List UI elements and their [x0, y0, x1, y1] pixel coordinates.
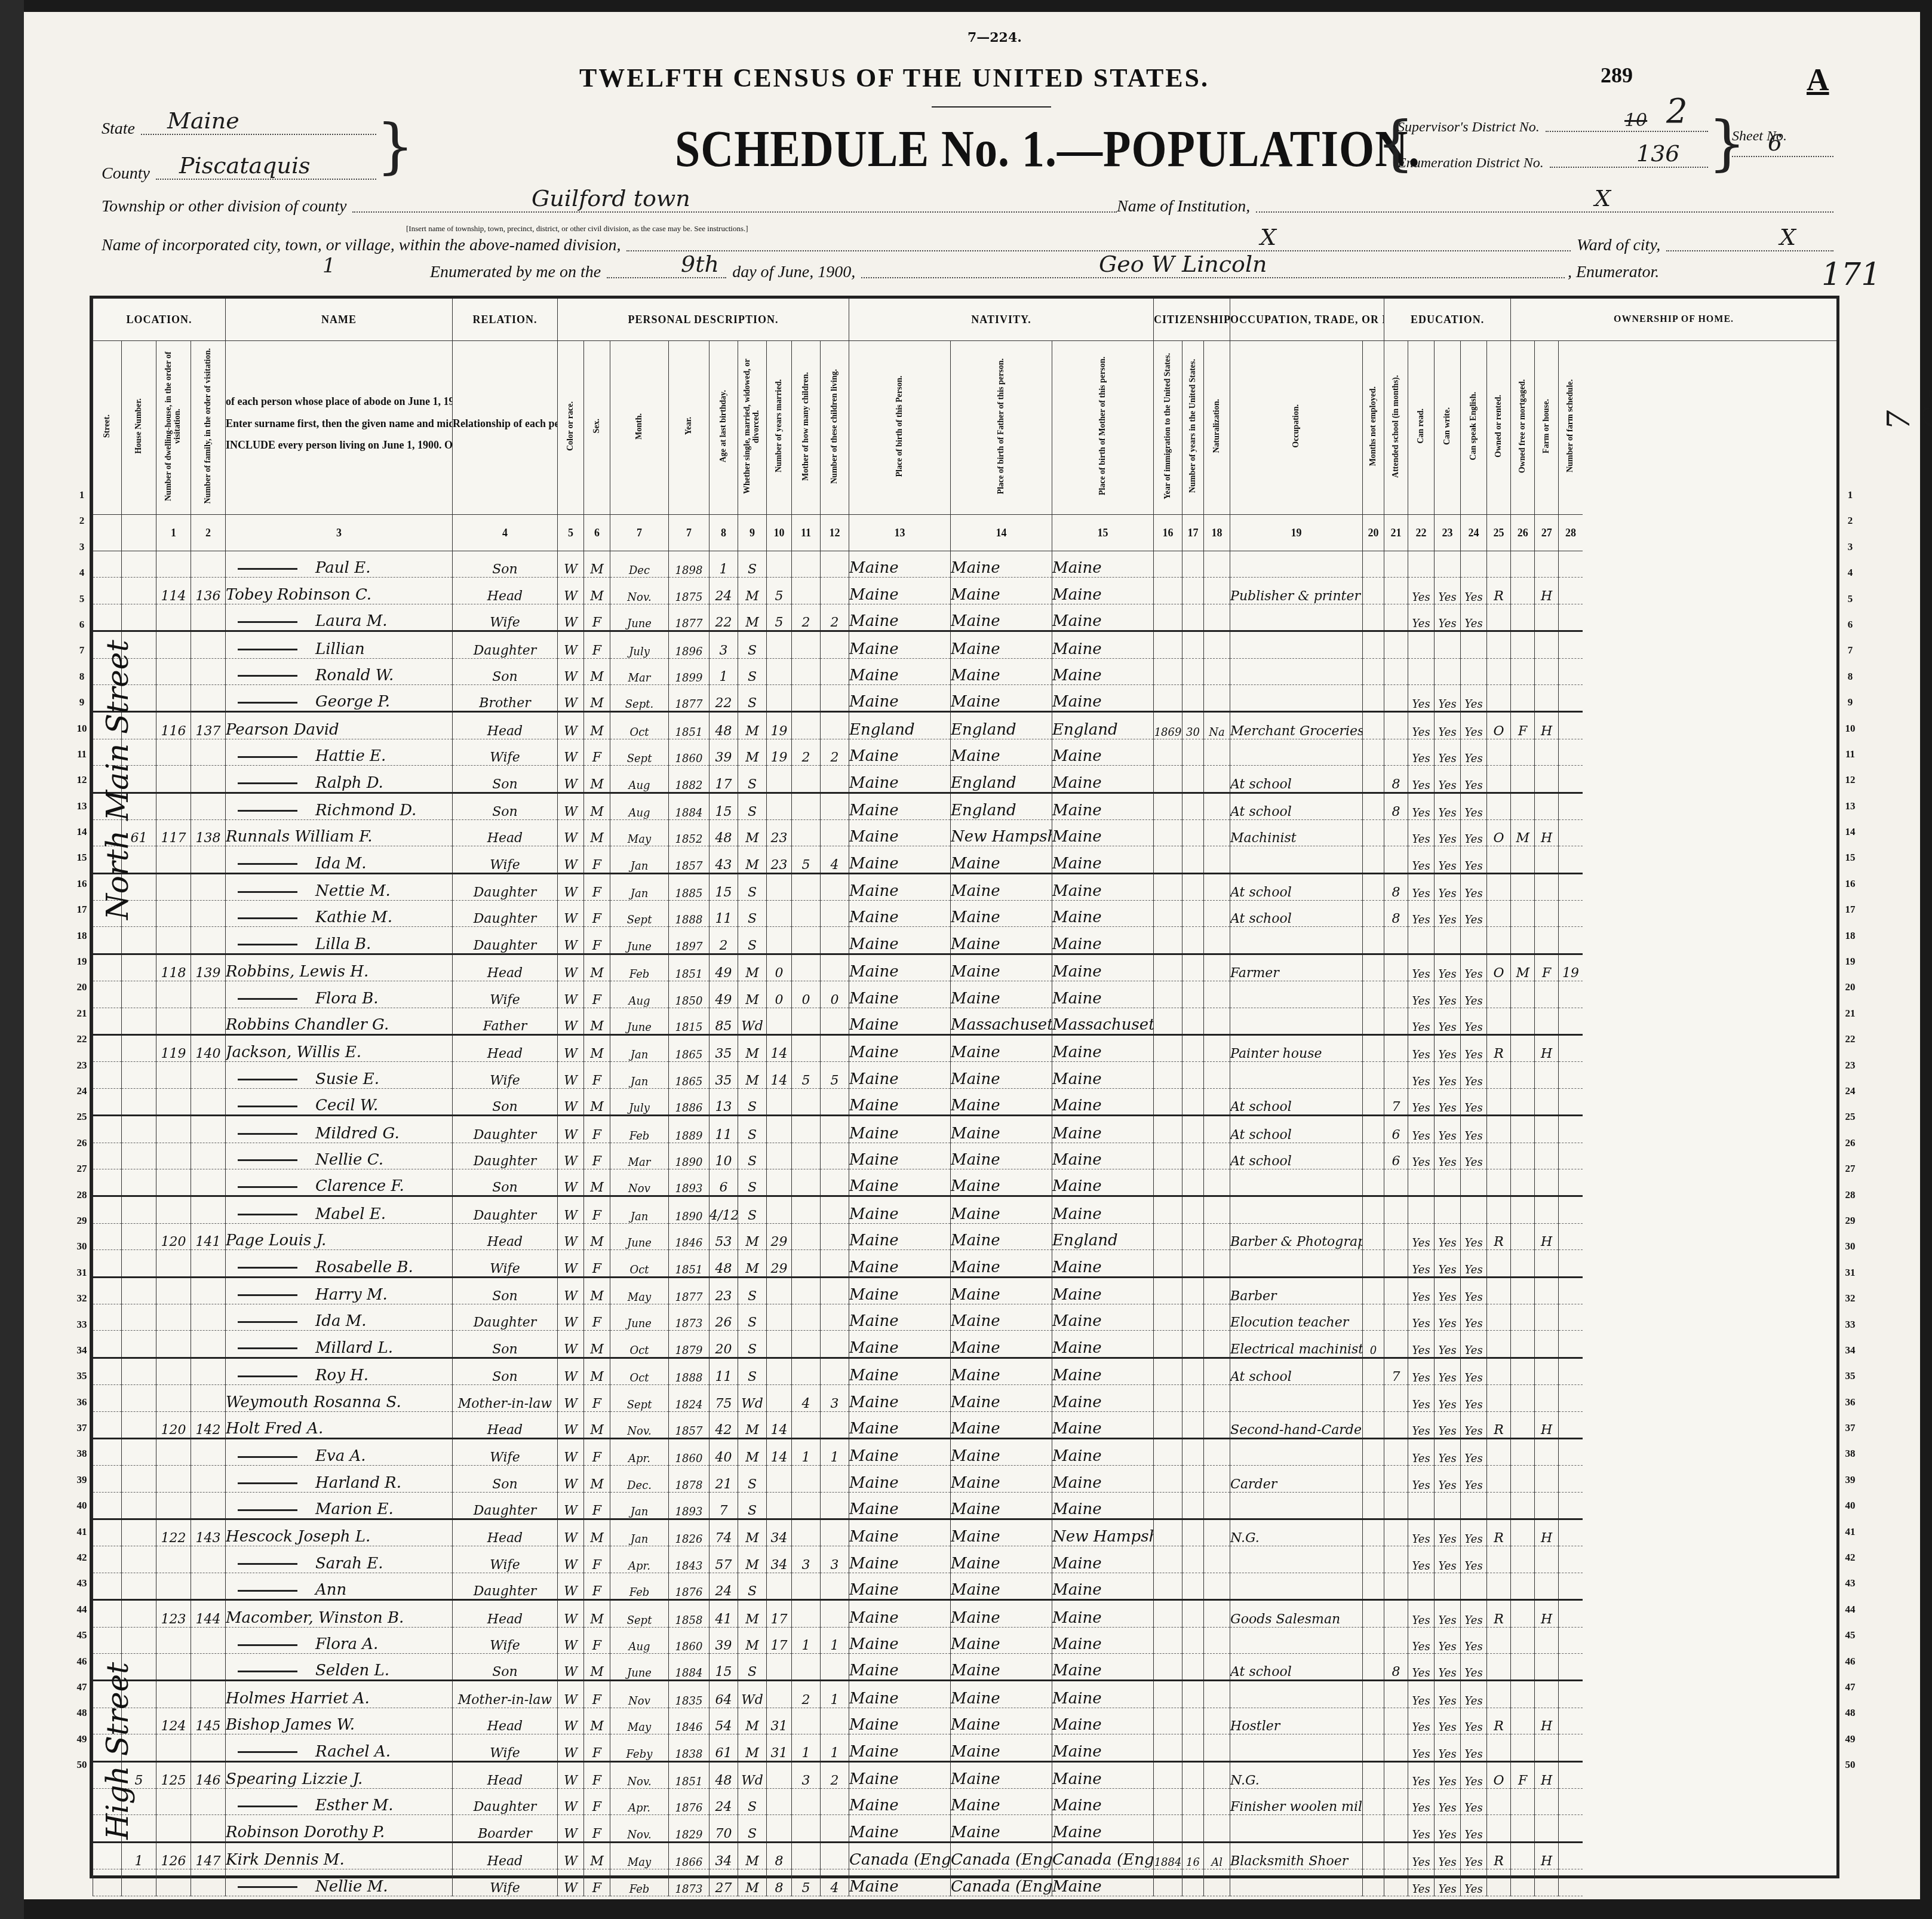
cell-dwelling — [156, 793, 191, 819]
cell-month: May — [610, 1842, 669, 1869]
cell-read: Yes — [1408, 1519, 1435, 1546]
cell-year: 1877 — [669, 684, 709, 711]
cell-marital: M — [738, 846, 767, 873]
cell-month: Dec — [610, 551, 669, 578]
cell-age: 11 — [709, 1116, 738, 1143]
cell-read — [1408, 631, 1435, 658]
cell-children-living — [821, 658, 849, 684]
cell-marital: S — [738, 1116, 767, 1143]
cell-house — [122, 578, 156, 604]
cell-sex: F — [584, 927, 610, 954]
cell-mother-of — [792, 1088, 821, 1115]
cell-birth-mother: Maine — [1052, 1600, 1154, 1627]
cell-sex: M — [584, 1654, 610, 1681]
cell-occupation: At school — [1230, 793, 1363, 819]
population-schedule-table: LOCATION. NAME RELATION. PERSONAL DESCRI… — [90, 296, 1839, 1878]
cell-dwelling — [156, 1143, 191, 1169]
cell-age: 42 — [709, 1411, 738, 1438]
cell-birth-father: Maine — [951, 873, 1052, 900]
cell-birth-father: Canada (Eng) — [951, 1869, 1052, 1896]
line-number: 18 — [73, 923, 91, 948]
cell-children-living: 1 — [821, 1734, 849, 1761]
cell-marital: M — [738, 1519, 767, 1546]
cell-free — [1511, 1492, 1535, 1519]
cell-year: 1897 — [669, 927, 709, 954]
cell-school — [1384, 1035, 1408, 1062]
cell-months-unemp — [1363, 1411, 1384, 1438]
column-label-text: Number of dwelling-house, in the order o… — [164, 343, 183, 510]
cell-free — [1511, 1062, 1535, 1088]
line-number: 38 — [73, 1441, 91, 1466]
cell-farm — [1535, 873, 1559, 900]
cell-age: 64 — [709, 1681, 738, 1708]
cell-read: Yes — [1408, 1358, 1435, 1384]
cell-yrs-us — [1182, 631, 1204, 658]
cell-relation: Head — [453, 954, 558, 981]
cell-immig — [1154, 1385, 1182, 1411]
cell-month: Oct — [610, 1250, 669, 1277]
cell-school — [1384, 631, 1408, 658]
cell-children-living — [821, 873, 849, 900]
cell-read: Yes — [1408, 604, 1435, 631]
line-number: 26 — [73, 1130, 91, 1156]
cell-name: Hattie E. — [226, 739, 453, 765]
cell-family — [191, 1062, 226, 1088]
cell-relation: Son — [453, 793, 558, 819]
cell-birth-father: Maine — [951, 1654, 1052, 1681]
line-number: 12 — [73, 767, 91, 793]
cell-color: W — [558, 739, 584, 765]
cell-sex: M — [584, 684, 610, 711]
cell-free — [1511, 1600, 1535, 1627]
state-field: State Maine — [102, 119, 376, 139]
column-label-text: Farm or house. — [1542, 399, 1551, 453]
cell-immig — [1154, 1600, 1182, 1627]
cell-yrs-married — [767, 551, 792, 578]
column-label: Number of years in the United States. — [1182, 341, 1204, 515]
cell-yrs-us — [1182, 846, 1204, 873]
cell-mother-of — [792, 1169, 821, 1196]
cell-year: 1851 — [669, 712, 709, 739]
cell-natur — [1204, 658, 1230, 684]
cell-farm-sched — [1559, 1466, 1583, 1492]
cell-birth-person: Canada (Eng) — [849, 1842, 951, 1869]
cell-relation: Son — [453, 1654, 558, 1681]
cell-month: June — [610, 1008, 669, 1034]
cell-marital: M — [738, 604, 767, 631]
cell-street — [93, 1008, 122, 1034]
cell-family — [191, 901, 226, 927]
cell-occupation — [1230, 1627, 1363, 1653]
table-row: Richmond D.SonWMAug188415SMaineEnglandMa… — [93, 793, 1837, 819]
cell-immig — [1154, 1008, 1182, 1034]
cell-children-living — [821, 1708, 849, 1734]
column-number: 23 — [1435, 515, 1461, 551]
cell-english: Yes — [1461, 766, 1487, 793]
county-label: County — [102, 164, 150, 183]
cell-immig — [1154, 1411, 1182, 1438]
cell-birth-mother: Maine — [1052, 901, 1154, 927]
cell-write — [1435, 631, 1461, 658]
line-number: 42 — [1838, 1545, 1862, 1570]
cell-english: Yes — [1461, 1358, 1487, 1384]
cell-relation: Head — [453, 819, 558, 846]
cell-age: 70 — [709, 1815, 738, 1842]
cell-mother-of — [792, 1600, 821, 1627]
cell-age: 11 — [709, 1358, 738, 1384]
cell-family — [191, 1331, 226, 1358]
cell-english: Yes — [1461, 1815, 1487, 1842]
cell-farm-sched — [1559, 551, 1583, 578]
cell-months-unemp — [1363, 1385, 1384, 1411]
column-label-text: Number of family, in the order of visita… — [204, 348, 213, 503]
enumeration-label: Enumeration District No. — [1397, 155, 1544, 171]
cell-month: Feb — [610, 1116, 669, 1143]
cell-marital: M — [738, 954, 767, 981]
cell-dwelling — [156, 1681, 191, 1708]
cell-month: Aug — [610, 793, 669, 819]
nativity-header: NATIVITY. — [849, 299, 1154, 341]
cell-free — [1511, 901, 1535, 927]
column-number — [93, 515, 122, 551]
cell-natur — [1204, 1143, 1230, 1169]
cell-free — [1511, 1519, 1535, 1546]
cell-farm — [1535, 1573, 1559, 1599]
cell-yrs-married — [767, 1196, 792, 1223]
cell-street — [93, 1116, 122, 1143]
line-number: 23 — [1838, 1052, 1862, 1078]
cell-read: Yes — [1408, 684, 1435, 711]
cell-sex: F — [584, 604, 610, 631]
cell-dwelling — [156, 927, 191, 954]
cell-month: Mar — [610, 658, 669, 684]
line-number: 45 — [1838, 1622, 1862, 1648]
table-row: 124145Bishop James W.HeadWMMay184654M31M… — [93, 1708, 1837, 1734]
cell-write: Yes — [1435, 1761, 1461, 1788]
cell-sex: M — [584, 954, 610, 981]
cell-occupation — [1230, 739, 1363, 765]
cell-farm-sched — [1559, 1143, 1583, 1169]
cell-marital: Wd — [738, 1761, 767, 1788]
cell-age: 53 — [709, 1223, 738, 1249]
cell-free — [1511, 1466, 1535, 1492]
cell-month: Jan — [610, 1062, 669, 1088]
column-number: 13 — [849, 515, 951, 551]
cell-owned — [1487, 1008, 1511, 1034]
cell-owned — [1487, 1062, 1511, 1088]
cell-age: 24 — [709, 1788, 738, 1814]
cell-farm-sched — [1559, 604, 1583, 631]
cell-occupation — [1230, 981, 1363, 1008]
cell-year: 1893 — [669, 1492, 709, 1519]
cell-farm-sched — [1559, 793, 1583, 819]
line-number: 48 — [73, 1700, 91, 1725]
cell-farm-sched — [1559, 1088, 1583, 1115]
cell-family — [191, 1088, 226, 1115]
cell-birth-father: Maine — [951, 1761, 1052, 1788]
cell-age: 85 — [709, 1008, 738, 1034]
cell-mother-of — [792, 793, 821, 819]
cell-owned — [1487, 846, 1511, 873]
cell-yrs-married: 23 — [767, 846, 792, 873]
cell-occupation — [1230, 1169, 1363, 1196]
cell-birth-mother: Maine — [1052, 1734, 1154, 1761]
cell-birth-father: Maine — [951, 901, 1052, 927]
cell-year: 1885 — [669, 873, 709, 900]
cell-year: 1878 — [669, 1466, 709, 1492]
column-number: 21 — [1384, 515, 1408, 551]
cell-birth-mother: Maine — [1052, 981, 1154, 1008]
cell-name: Selden L. — [226, 1654, 453, 1681]
cell-english: Yes — [1461, 1869, 1487, 1896]
cell-yrs-us — [1182, 1196, 1204, 1223]
column-label: Can write. — [1435, 341, 1461, 515]
cell-marital: M — [738, 1438, 767, 1465]
cell-age: 15 — [709, 1654, 738, 1681]
cell-free — [1511, 1304, 1535, 1330]
cell-farm — [1535, 927, 1559, 954]
cell-birth-person: Maine — [849, 1573, 951, 1599]
cell-months-unemp — [1363, 927, 1384, 954]
cell-school — [1384, 1788, 1408, 1814]
cell-english — [1461, 1492, 1487, 1519]
cell-marital: M — [738, 1035, 767, 1062]
cell-age: 49 — [709, 954, 738, 981]
cell-children-living — [821, 578, 849, 604]
column-label: Months not employed. — [1363, 341, 1384, 515]
cell-occupation: At school — [1230, 1654, 1363, 1681]
cell-color: W — [558, 1196, 584, 1223]
cell-name: Page Louis J. — [226, 1223, 453, 1249]
line-number: 37 — [73, 1415, 91, 1441]
township-field: Township or other division of county Gui… — [102, 197, 1117, 216]
cell-immig — [1154, 873, 1182, 900]
cell-write: Yes — [1435, 1385, 1461, 1411]
cell-dwelling — [156, 1358, 191, 1384]
cell-sex: F — [584, 981, 610, 1008]
cell-english: Yes — [1461, 1627, 1487, 1653]
cell-marital: S — [738, 1277, 767, 1304]
cell-children-living — [821, 793, 849, 819]
cell-months-unemp — [1363, 1277, 1384, 1304]
line-number: 26 — [1838, 1130, 1862, 1156]
cell-occupation — [1230, 1196, 1363, 1223]
cell-relation: Head — [453, 1708, 558, 1734]
cell-house — [122, 1519, 156, 1546]
cell-birth-father: Maine — [951, 1277, 1052, 1304]
cell-immig — [1154, 1761, 1182, 1788]
table-row: Sarah E.WifeWFApr.184357M3433MaineMaineM… — [93, 1546, 1837, 1573]
cell-school: 8 — [1384, 766, 1408, 793]
cell-house — [122, 1169, 156, 1196]
line-number: 17 — [1838, 896, 1862, 922]
table-row: LillianDaughterWFJuly18963SMaineMaineMai… — [93, 631, 1837, 658]
line-number: 1 — [73, 482, 91, 508]
cell-birth-person: Maine — [849, 1627, 951, 1653]
cell-farm-sched — [1559, 819, 1583, 846]
enumerator-label: , Enumerator. — [1568, 263, 1659, 282]
cell-free — [1511, 1546, 1535, 1573]
cell-sex: F — [584, 846, 610, 873]
cell-write — [1435, 1492, 1461, 1519]
cell-birth-person: Maine — [849, 1331, 951, 1358]
cell-natur — [1204, 1438, 1230, 1465]
cell-yrs-married — [767, 1466, 792, 1492]
cell-street — [93, 1277, 122, 1304]
cell-mother-of: 4 — [792, 1385, 821, 1411]
cell-english: Yes — [1461, 604, 1487, 631]
column-label: Number of years married. — [767, 341, 792, 515]
cell-month: Jan — [610, 873, 669, 900]
census-rows: Paul E.SonWMDec18981SMaineMaineMaine1141… — [93, 551, 1837, 1896]
cell-english — [1461, 927, 1487, 954]
cell-mother-of: 5 — [792, 1869, 821, 1896]
cell-dwelling — [156, 1438, 191, 1465]
cell-yrs-married — [767, 1169, 792, 1196]
cell-owned — [1487, 981, 1511, 1008]
cell-birth-mother: England — [1052, 712, 1154, 739]
cell-family — [191, 1788, 226, 1814]
cell-mother-of — [792, 1035, 821, 1062]
cell-owned — [1487, 1788, 1511, 1814]
column-label-text: Month. — [635, 413, 644, 440]
cell-family: 143 — [191, 1519, 226, 1546]
cell-farm-sched — [1559, 631, 1583, 658]
cell-school — [1384, 1250, 1408, 1277]
table-row: Harry M.SonWMMay187723SMaineMaineMaineBa… — [93, 1277, 1837, 1304]
cell-read: Yes — [1408, 1600, 1435, 1627]
cell-natur: Na — [1204, 712, 1230, 739]
cell-yrs-us — [1182, 1573, 1204, 1599]
cell-birth-mother: Maine — [1052, 1385, 1154, 1411]
cell-relation: Wife — [453, 604, 558, 631]
column-label-text: Sex. — [592, 419, 601, 434]
cell-sex: F — [584, 1196, 610, 1223]
column-label-text: Owned or rented. — [1494, 395, 1503, 458]
cell-farm — [1535, 1627, 1559, 1653]
cell-free — [1511, 1788, 1535, 1814]
cell-owned — [1487, 1196, 1511, 1223]
cell-immig — [1154, 793, 1182, 819]
cell-year: 1851 — [669, 1761, 709, 1788]
cell-house — [122, 1196, 156, 1223]
cell-read: Yes — [1408, 846, 1435, 873]
cell-family — [191, 793, 226, 819]
column-label-text: Year. — [684, 417, 693, 435]
cell-write: Yes — [1435, 1519, 1461, 1546]
cell-relation: Head — [453, 712, 558, 739]
cell-color: W — [558, 1008, 584, 1034]
cell-free — [1511, 766, 1535, 793]
column-number: 6 — [584, 515, 610, 551]
line-number: 17 — [73, 896, 91, 922]
cell-family — [191, 873, 226, 900]
column-label: Owned or rented. — [1487, 341, 1511, 515]
cell-year: 1843 — [669, 1546, 709, 1573]
cell-month: June — [610, 927, 669, 954]
cell-write: Yes — [1435, 1842, 1461, 1869]
cell-birth-father: Maine — [951, 1708, 1052, 1734]
cell-year: 1890 — [669, 1196, 709, 1223]
cell-birth-person: Maine — [849, 1143, 951, 1169]
cell-dwelling — [156, 1331, 191, 1358]
cell-marital: S — [738, 1654, 767, 1681]
column-label-text: Can read. — [1417, 409, 1426, 444]
cell-birth-mother: Maine — [1052, 1358, 1154, 1384]
cell-year: 1860 — [669, 1438, 709, 1465]
cell-read: Yes — [1408, 901, 1435, 927]
cell-birth-father: Maine — [951, 1143, 1052, 1169]
cell-read: Yes — [1408, 578, 1435, 604]
cell-months-unemp — [1363, 1466, 1384, 1492]
enumeration-district-field: Enumeration District No. 136 — [1397, 155, 1708, 171]
cell-year: 1875 — [669, 578, 709, 604]
cell-yrs-us — [1182, 1708, 1204, 1734]
cell-children-living: 1 — [821, 1627, 849, 1653]
cell-immig — [1154, 684, 1182, 711]
cell-immig — [1154, 819, 1182, 846]
cell-dwelling: 120 — [156, 1223, 191, 1249]
cell-family — [191, 1196, 226, 1223]
cell-year: 1860 — [669, 1627, 709, 1653]
cell-immig — [1154, 1546, 1182, 1573]
cell-family: 142 — [191, 1411, 226, 1438]
cell-farm — [1535, 1734, 1559, 1761]
cell-family — [191, 1250, 226, 1277]
cell-occupation — [1230, 1250, 1363, 1277]
cell-street — [93, 1438, 122, 1465]
column-label: Occupation. — [1230, 341, 1363, 515]
cell-owned: R — [1487, 1411, 1511, 1438]
cell-relation: Head — [453, 1411, 558, 1438]
cell-birth-father: Maine — [951, 1196, 1052, 1223]
line-number: 48 — [1838, 1700, 1862, 1725]
cell-occupation: Goods Salesman — [1230, 1600, 1363, 1627]
cell-natur — [1204, 1169, 1230, 1196]
cell-months-unemp: 0 — [1363, 1331, 1384, 1358]
institution-label: Name of Institution, — [1117, 197, 1250, 216]
cell-months-unemp — [1363, 1761, 1384, 1788]
cell-age: 13 — [709, 1088, 738, 1115]
cell-immig: 1884 — [1154, 1842, 1182, 1869]
cell-occupation: N.G. — [1230, 1519, 1363, 1546]
cell-sex: F — [584, 1788, 610, 1814]
state-label: State — [102, 119, 135, 139]
cell-english — [1461, 658, 1487, 684]
cell-family — [191, 684, 226, 711]
column-label-text: Color or race. — [566, 401, 575, 451]
cell-birth-person: Maine — [849, 684, 951, 711]
cell-yrs-married: 31 — [767, 1734, 792, 1761]
cell-sex: F — [584, 1304, 610, 1330]
cell-month: Feb — [610, 1869, 669, 1896]
cell-read: Yes — [1408, 1304, 1435, 1330]
line-number: 50 — [73, 1752, 91, 1777]
cell-relation: Wife — [453, 846, 558, 873]
right-line-numbers: 1234567891011121314151617181920212223242… — [1838, 482, 1862, 1778]
table-row: Rosabelle B.WifeWFOct185148M29MaineMaine… — [93, 1250, 1837, 1277]
cell-sex: F — [584, 1573, 610, 1599]
cell-relation: Wife — [453, 739, 558, 765]
cell-free — [1511, 1196, 1535, 1223]
cell-birth-mother: Maine — [1052, 954, 1154, 981]
cell-occupation: At school — [1230, 1088, 1363, 1115]
cell-months-unemp — [1363, 1035, 1384, 1062]
cell-yrs-married: 14 — [767, 1035, 792, 1062]
cell-name: Runnals William F. — [226, 819, 453, 846]
enumerated-suffix: day of June, 1900, — [732, 263, 855, 282]
cell-birth-mother: Maine — [1052, 846, 1154, 873]
